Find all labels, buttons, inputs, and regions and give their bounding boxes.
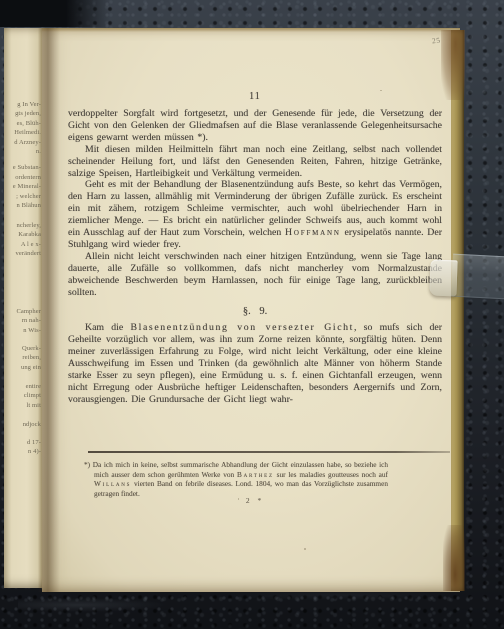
paper-speck <box>104 366 106 368</box>
corner-stain-bottom <box>443 525 465 591</box>
emphasized-text: Blasenentzündung von versezter Gicht <box>131 322 355 333</box>
paragraph: Allein nicht leicht verschwinden nach ei… <box>68 251 442 299</box>
text-segment: , so mufs sich der Geheilte vorzüglich v… <box>68 322 442 404</box>
emphasized-text: Hoffmann <box>285 227 341 238</box>
book-page: 11 verdoppelter Sorgfalt wird fortgesetz… <box>42 28 460 592</box>
scanned-book-photo: g In Ver- gts jeden, es, Blüh- Heilmedi.… <box>0 0 504 629</box>
edge-text-fragment: Heilmedi. <box>14 129 41 136</box>
text-segment: Mit diesen milden Heilmitteln fährt man … <box>68 144 442 179</box>
edge-text-fragment: e Mineral- <box>13 183 41 190</box>
pencil-page-marker: 25 <box>432 36 441 46</box>
page-number: 11 <box>68 91 442 102</box>
section-heading: §. 9. <box>68 306 442 318</box>
edge-text-fragment: d Arzney- <box>14 139 41 146</box>
paper-speck <box>304 548 306 550</box>
tape-strip-end <box>429 260 457 297</box>
paper-speck <box>160 158 162 160</box>
signature-mark: 2 * <box>68 496 442 505</box>
text-segment: sur les maladies goutteuses noch auf <box>274 470 388 479</box>
footnote: *) Da ich mich in keine, selbst summaris… <box>84 460 388 499</box>
emphasized-text: Barthez <box>237 470 274 479</box>
text-segment: Allein nicht leicht verschwinden nach ei… <box>68 251 442 298</box>
tape-strip <box>451 254 504 300</box>
paragraph: Mit diesen milden Heilmitteln fährt man … <box>68 144 442 180</box>
footnote-rule <box>88 451 450 453</box>
edge-text-fragment: e Substan- <box>13 164 41 171</box>
cover-highlight-streak <box>18 598 168 612</box>
page-fore-edge <box>451 30 464 591</box>
paragraph: Geht es mit der Behandlung der Blasenent… <box>68 179 442 250</box>
paragraph: verdoppelter Sorgfalt wird fortgesetzt, … <box>68 108 442 144</box>
text-segment: verdoppelter Sorgfalt wird fortgesetzt, … <box>68 108 442 143</box>
text-segment: Kam die <box>85 322 131 333</box>
emphasized-text: Willans <box>94 479 131 488</box>
text-column: verdoppelter Sorgfalt wird fortgesetzt, … <box>68 108 442 406</box>
paragraph: Kam die Blasenentzündung von versezter G… <box>68 322 442 405</box>
gutter-shadow <box>38 28 60 592</box>
paper-speck <box>380 90 382 91</box>
spine-shadow <box>0 0 110 27</box>
corner-stain-top <box>441 30 465 100</box>
paper-speck <box>238 498 239 500</box>
